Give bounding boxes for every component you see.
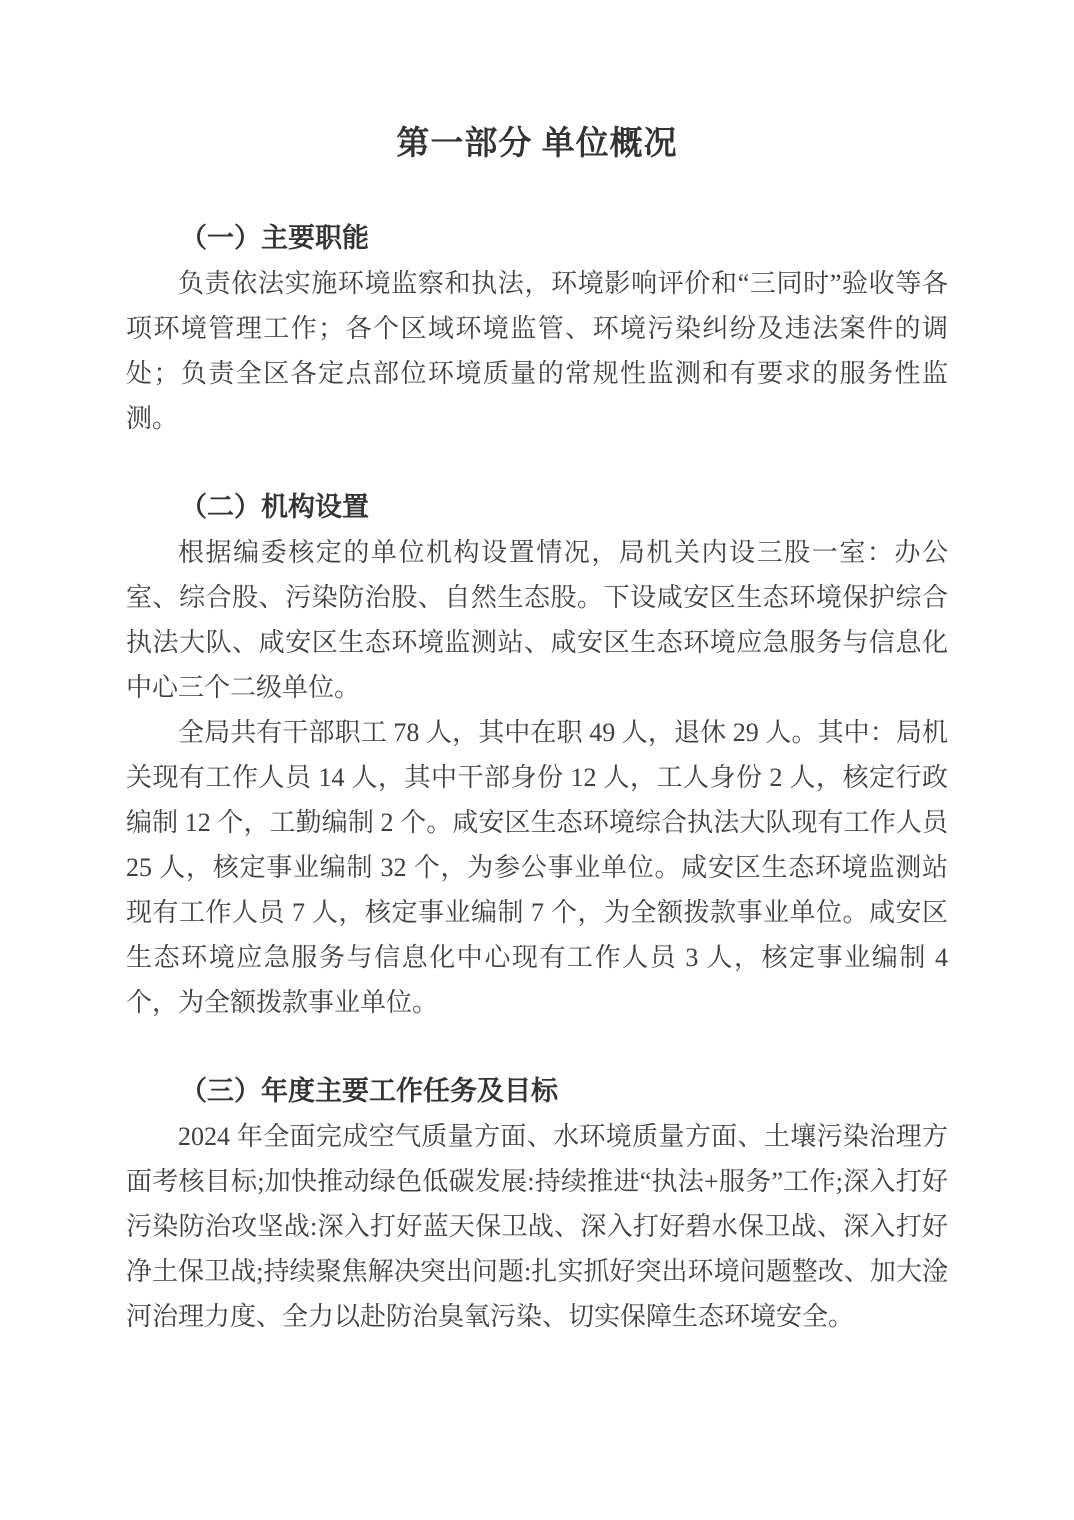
paragraph-organization-structure: 根据编委核定的单位机构设置情况，局机关内设三股一室：办公室、综合股、污染防治股、… xyxy=(126,530,948,710)
paragraph-staffing-details: 全局共有干部职工 78 人，其中在职 49 人，退休 29 人。其中：局机关现有… xyxy=(126,710,948,1025)
section-heading-main-functions: （一）主要职能 xyxy=(126,216,948,261)
paragraph-annual-tasks: 2024 年全面完成空气质量方面、水环境质量方面、土壤污染治理方面考核目标;加快… xyxy=(126,1114,948,1339)
document-page: 第一部分 单位概况 （一）主要职能 负责依法实施环境监察和执法，环境影响评价和“… xyxy=(0,0,1074,1520)
section-heading-organization-setup: （二）机构设置 xyxy=(126,485,948,530)
page-title: 第一部分 单位概况 xyxy=(126,116,948,172)
section-heading-annual-tasks-goals: （三）年度主要工作任务及目标 xyxy=(126,1069,948,1114)
page-content: 第一部分 单位概况 （一）主要职能 负责依法实施环境监察和执法，环境影响评价和“… xyxy=(0,0,1074,1339)
paragraph-main-functions: 负责依法实施环境监察和执法，环境影响评价和“三同时”验收等各项环境管理工作；各个… xyxy=(126,261,948,441)
